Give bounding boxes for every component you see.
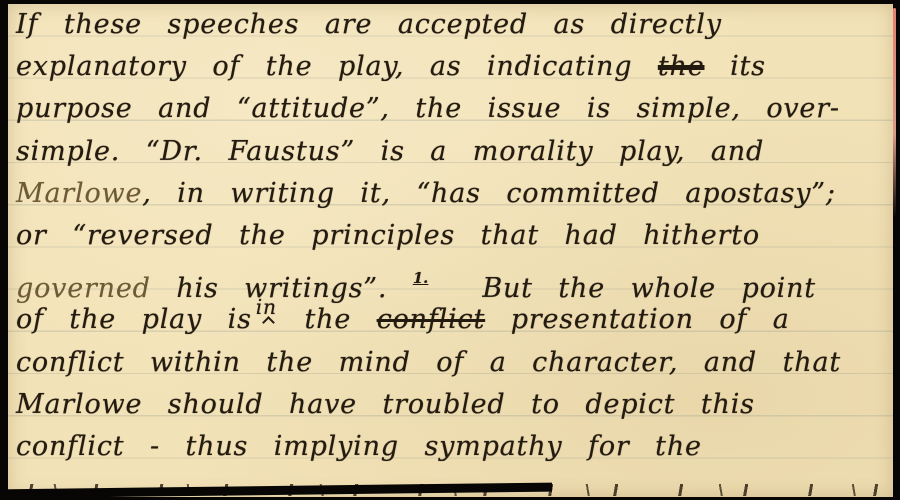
text-segment: conflict - thus implying sympathy for th… bbox=[16, 431, 702, 462]
text-segment: of the play is bbox=[16, 304, 252, 335]
text-segment: the bbox=[279, 304, 377, 335]
text-segment: explanatory of the play, as indicating bbox=[16, 51, 658, 82]
text-line: of the play isin the conflict presentati… bbox=[16, 299, 889, 341]
strikethrough-word: conflict bbox=[377, 304, 485, 335]
page-edge-highlight bbox=[893, 8, 896, 218]
text-line: Marlowe, in writing it, “has committed a… bbox=[16, 173, 889, 215]
text-line: conflict within the mind of a character,… bbox=[16, 342, 889, 384]
text-segment: Marlowe bbox=[16, 178, 142, 209]
text-line: conflict - thus implying sympathy for th… bbox=[16, 426, 889, 468]
text-line: purpose and “attitude”, the issue is sim… bbox=[16, 88, 889, 130]
text-segment: purpose and “attitude”, the issue is sim… bbox=[16, 93, 840, 124]
footnote-marker: 1. bbox=[413, 269, 429, 287]
text-segment: its bbox=[705, 51, 766, 82]
text-segment: simple. “Dr. Faustus” is a morality play… bbox=[16, 136, 764, 167]
strikethrough-word: the bbox=[658, 51, 705, 82]
text-segment: presentation of a bbox=[485, 304, 790, 335]
scan-frame: If these speeches are accepted as direct… bbox=[0, 0, 900, 500]
text-segment: Marlowe should have troubled to depict t… bbox=[16, 389, 755, 420]
text-segment: , in writing it, “has committed apostasy… bbox=[142, 178, 836, 209]
text-line: If these speeches are accepted as direct… bbox=[16, 4, 889, 46]
text-line: Marlowe should have troubled to depict t… bbox=[16, 384, 889, 426]
text-layer: If these speeches are accepted as direct… bbox=[8, 4, 893, 497]
text-line: or “reversed the principles that had hit… bbox=[16, 215, 889, 257]
text-segment: conflict within the mind of a character,… bbox=[16, 347, 841, 378]
text-line: simple. “Dr. Faustus” is a morality play… bbox=[16, 131, 889, 173]
manuscript-page: If these speeches are accepted as direct… bbox=[8, 4, 893, 497]
text-segment: If these speeches are accepted as direct… bbox=[16, 9, 722, 40]
caret-insertion: in bbox=[256, 286, 277, 328]
text-line: explanatory of the play, as indicating t… bbox=[16, 46, 889, 88]
text-segment: or “reversed the principles that had hit… bbox=[16, 220, 760, 251]
text-line: governed his writings”. 1.But the whole … bbox=[16, 257, 889, 299]
